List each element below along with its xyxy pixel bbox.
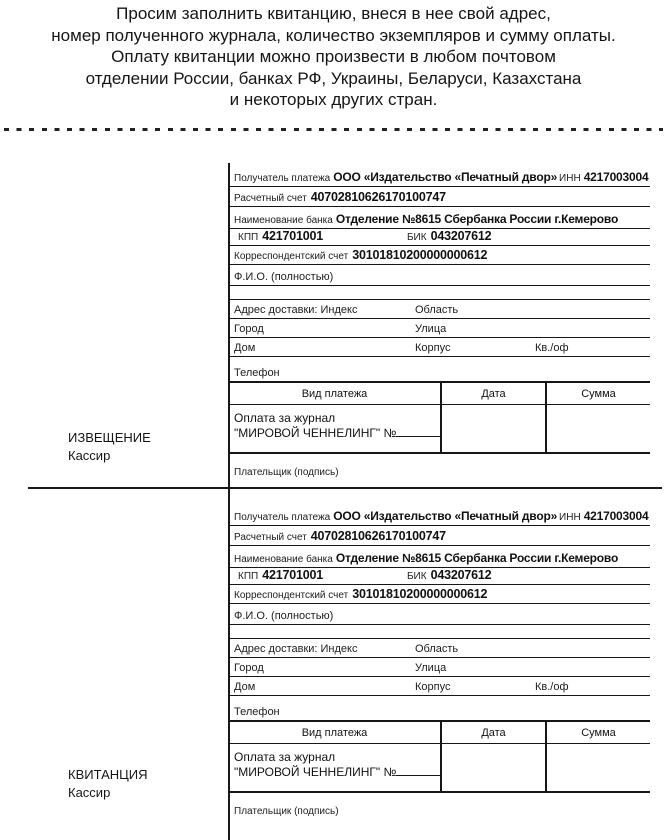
payment-table: Вид платежа Дата Сумма Оплата за журнал … bbox=[229, 381, 650, 454]
payment-description: Оплата за журнал "МИРОВОЙ ЧЕННЕЛИНГ" № bbox=[229, 405, 440, 441]
payer-signature-label: Плательщик (подпись) bbox=[229, 454, 650, 478]
house-label: Дом bbox=[234, 342, 255, 354]
instruction-line: Просим заполнить квитанцию, внеся в нее … bbox=[0, 3, 667, 25]
payee-row: Получатель платежа ООО «Издательство «Пе… bbox=[229, 165, 650, 187]
account-row: Расчетный счет 40702810626170100747 bbox=[229, 187, 650, 207]
payment-line1: Оплата за журнал bbox=[234, 750, 440, 765]
corr-account-value: 30101810200000000612 bbox=[352, 248, 487, 262]
street-label: Улица bbox=[415, 662, 446, 674]
bank-row: Наименование банка Отделение №8615 Сберб… bbox=[229, 207, 650, 229]
kpp-label: КПП bbox=[238, 232, 258, 243]
payment-description-cell: Оплата за журнал "МИРОВОЙ ЧЕННЕЛИНГ" № bbox=[229, 744, 440, 791]
apartment-label: Кв./оф bbox=[535, 681, 569, 693]
fio-label: Ф.И.О. (полностью) bbox=[234, 610, 333, 622]
bank-value: Отделение №8615 Сбербанка России г.Кемер… bbox=[336, 212, 618, 226]
bank-value: Отделение №8615 Сбербанка России г.Кемер… bbox=[336, 551, 618, 565]
date-header: Дата bbox=[440, 722, 545, 744]
sum-cell bbox=[545, 744, 650, 791]
corr-account-row: Корреспондентский счет 30101810200000000… bbox=[229, 585, 650, 604]
cashier-label: Кассир bbox=[68, 447, 151, 465]
section-title: ИЗВЕЩЕНИЕ bbox=[68, 429, 151, 447]
bik-group: БИК 043207612 bbox=[407, 568, 491, 582]
payee-value: ООО «Издательство «Печатный двор» bbox=[333, 509, 557, 523]
apartment-label: Кв./оф bbox=[535, 342, 569, 354]
bik-value: 043207612 bbox=[431, 568, 492, 582]
section-label-kvitanciya: КВИТАНЦИЯ Кассир bbox=[68, 766, 148, 802]
address-index-label: Адрес доставки: Индекс bbox=[234, 304, 357, 316]
sum-header: Сумма bbox=[545, 383, 650, 405]
account-label: Расчетный счет bbox=[234, 532, 307, 543]
corr-account-label: Корреспондентский счет bbox=[234, 590, 348, 601]
instruction-line: и некоторых других стран. bbox=[0, 89, 667, 111]
kpp-value: 421701001 bbox=[262, 568, 323, 582]
payee-label: Получатель платежа bbox=[234, 173, 330, 184]
bik-value: 043207612 bbox=[431, 229, 492, 243]
payment-line1: Оплата за журнал bbox=[234, 411, 440, 426]
instruction-line: номер полученного журнала, количество эк… bbox=[0, 25, 667, 47]
kpp-bik-row: КПП 421701001 БИК 043207612 bbox=[229, 229, 650, 246]
account-label: Расчетный счет bbox=[234, 193, 307, 204]
corr-account-label: Корреспондентский счет bbox=[234, 251, 348, 262]
inn-label: ИНН bbox=[559, 512, 581, 523]
section-divider bbox=[28, 487, 662, 489]
house-label: Дом bbox=[234, 681, 255, 693]
blank-row bbox=[229, 286, 650, 300]
phone-row: Телефон bbox=[229, 357, 650, 381]
bank-row: Наименование банка Отделение №8615 Сберб… bbox=[229, 546, 650, 568]
corr-account-row: Корреспондентский счет 30101810200000000… bbox=[229, 246, 650, 265]
city-label: Город bbox=[234, 323, 264, 335]
city-row: Город Улица bbox=[229, 319, 650, 338]
fio-row: Ф.И.О. (полностью) bbox=[229, 265, 650, 286]
payment-type-header: Вид платежа bbox=[229, 383, 440, 405]
inn-value: 4217003004 bbox=[584, 509, 649, 523]
payer-signature-label: Плательщик (подпись) bbox=[229, 793, 650, 817]
bik-label: БИК bbox=[407, 232, 427, 243]
payment-description-cell: Оплата за журнал "МИРОВОЙ ЧЕННЕЛИНГ" № bbox=[229, 405, 440, 452]
bik-label: БИК bbox=[407, 571, 427, 582]
house-row: Дом Корпус Кв./оф bbox=[229, 677, 650, 696]
kpp-value: 421701001 bbox=[262, 229, 323, 243]
sum-header: Сумма bbox=[545, 722, 650, 744]
kpp-bik-row: КПП 421701001 БИК 043207612 bbox=[229, 568, 650, 585]
journal-number-blank bbox=[396, 426, 440, 437]
address-row: Адрес доставки: Индекс Область bbox=[229, 639, 650, 658]
bank-label: Наименование банка bbox=[234, 215, 333, 226]
region-label: Область bbox=[415, 304, 458, 316]
fio-label: Ф.И.О. (полностью) bbox=[234, 271, 333, 283]
fio-row: Ф.И.О. (полностью) bbox=[229, 604, 650, 625]
dotted-cut-line bbox=[4, 128, 663, 131]
payee-label: Получатель платежа bbox=[234, 512, 330, 523]
instruction-line: Оплату квитанции можно произвести в любо… bbox=[0, 46, 667, 68]
payment-line2: "МИРОВОЙ ЧЕННЕЛИНГ" № bbox=[234, 426, 440, 441]
building-label: Корпус bbox=[415, 342, 450, 354]
inn-value: 4217003004 bbox=[584, 170, 649, 184]
payment-type-header: Вид платежа bbox=[229, 722, 440, 744]
payment-line2: "МИРОВОЙ ЧЕННЕЛИНГ" № bbox=[234, 765, 440, 780]
account-row: Расчетный счет 40702810626170100747 bbox=[229, 526, 650, 546]
house-row: Дом Корпус Кв./оф bbox=[229, 338, 650, 357]
phone-row: Телефон bbox=[229, 696, 650, 720]
journal-number-blank bbox=[396, 765, 440, 776]
receipt-section-bottom: Получатель платежа ООО «Издательство «Пе… bbox=[229, 504, 650, 817]
section-label-izveshchenie: ИЗВЕЩЕНИЕ Кассир bbox=[68, 429, 151, 465]
payment-table: Вид платежа Дата Сумма Оплата за журнал … bbox=[229, 720, 650, 793]
date-cell bbox=[440, 744, 545, 791]
cashier-label: Кассир bbox=[68, 784, 148, 802]
instructions-text: Просим заполнить квитанцию, внеся в нее … bbox=[0, 3, 667, 111]
account-value: 40702810626170100747 bbox=[311, 529, 446, 543]
city-label: Город bbox=[234, 662, 264, 674]
payee-row: Получатель платежа ООО «Издательство «Пе… bbox=[229, 504, 650, 526]
payment-description: Оплата за журнал "МИРОВОЙ ЧЕННЕЛИНГ" № bbox=[229, 744, 440, 780]
account-value: 40702810626170100747 bbox=[311, 190, 446, 204]
instruction-line: отделении России, банках РФ, Украины, Бе… bbox=[0, 68, 667, 90]
receipt-page: Просим заполнить квитанцию, внеся в нее … bbox=[0, 0, 667, 840]
region-label: Область bbox=[415, 643, 458, 655]
inn-label: ИНН bbox=[559, 173, 581, 184]
building-label: Корпус bbox=[415, 681, 450, 693]
payee-value: ООО «Издательство «Печатный двор» bbox=[333, 170, 557, 184]
section-title: КВИТАНЦИЯ bbox=[68, 766, 148, 784]
corr-account-value: 30101810200000000612 bbox=[352, 587, 487, 601]
sum-cell bbox=[545, 405, 650, 452]
address-row: Адрес доставки: Индекс Область bbox=[229, 300, 650, 319]
city-row: Город Улица bbox=[229, 658, 650, 677]
blank-row bbox=[229, 625, 650, 639]
date-header: Дата bbox=[440, 383, 545, 405]
phone-label: Телефон bbox=[234, 367, 280, 379]
kpp-label: КПП bbox=[238, 571, 258, 582]
address-index-label: Адрес доставки: Индекс bbox=[234, 643, 357, 655]
bik-group: БИК 043207612 bbox=[407, 229, 491, 243]
phone-label: Телефон bbox=[234, 706, 280, 718]
street-label: Улица bbox=[415, 323, 446, 335]
date-cell bbox=[440, 405, 545, 452]
bank-label: Наименование банка bbox=[234, 554, 333, 565]
receipt-section-top: Получатель платежа ООО «Издательство «Пе… bbox=[229, 165, 650, 478]
